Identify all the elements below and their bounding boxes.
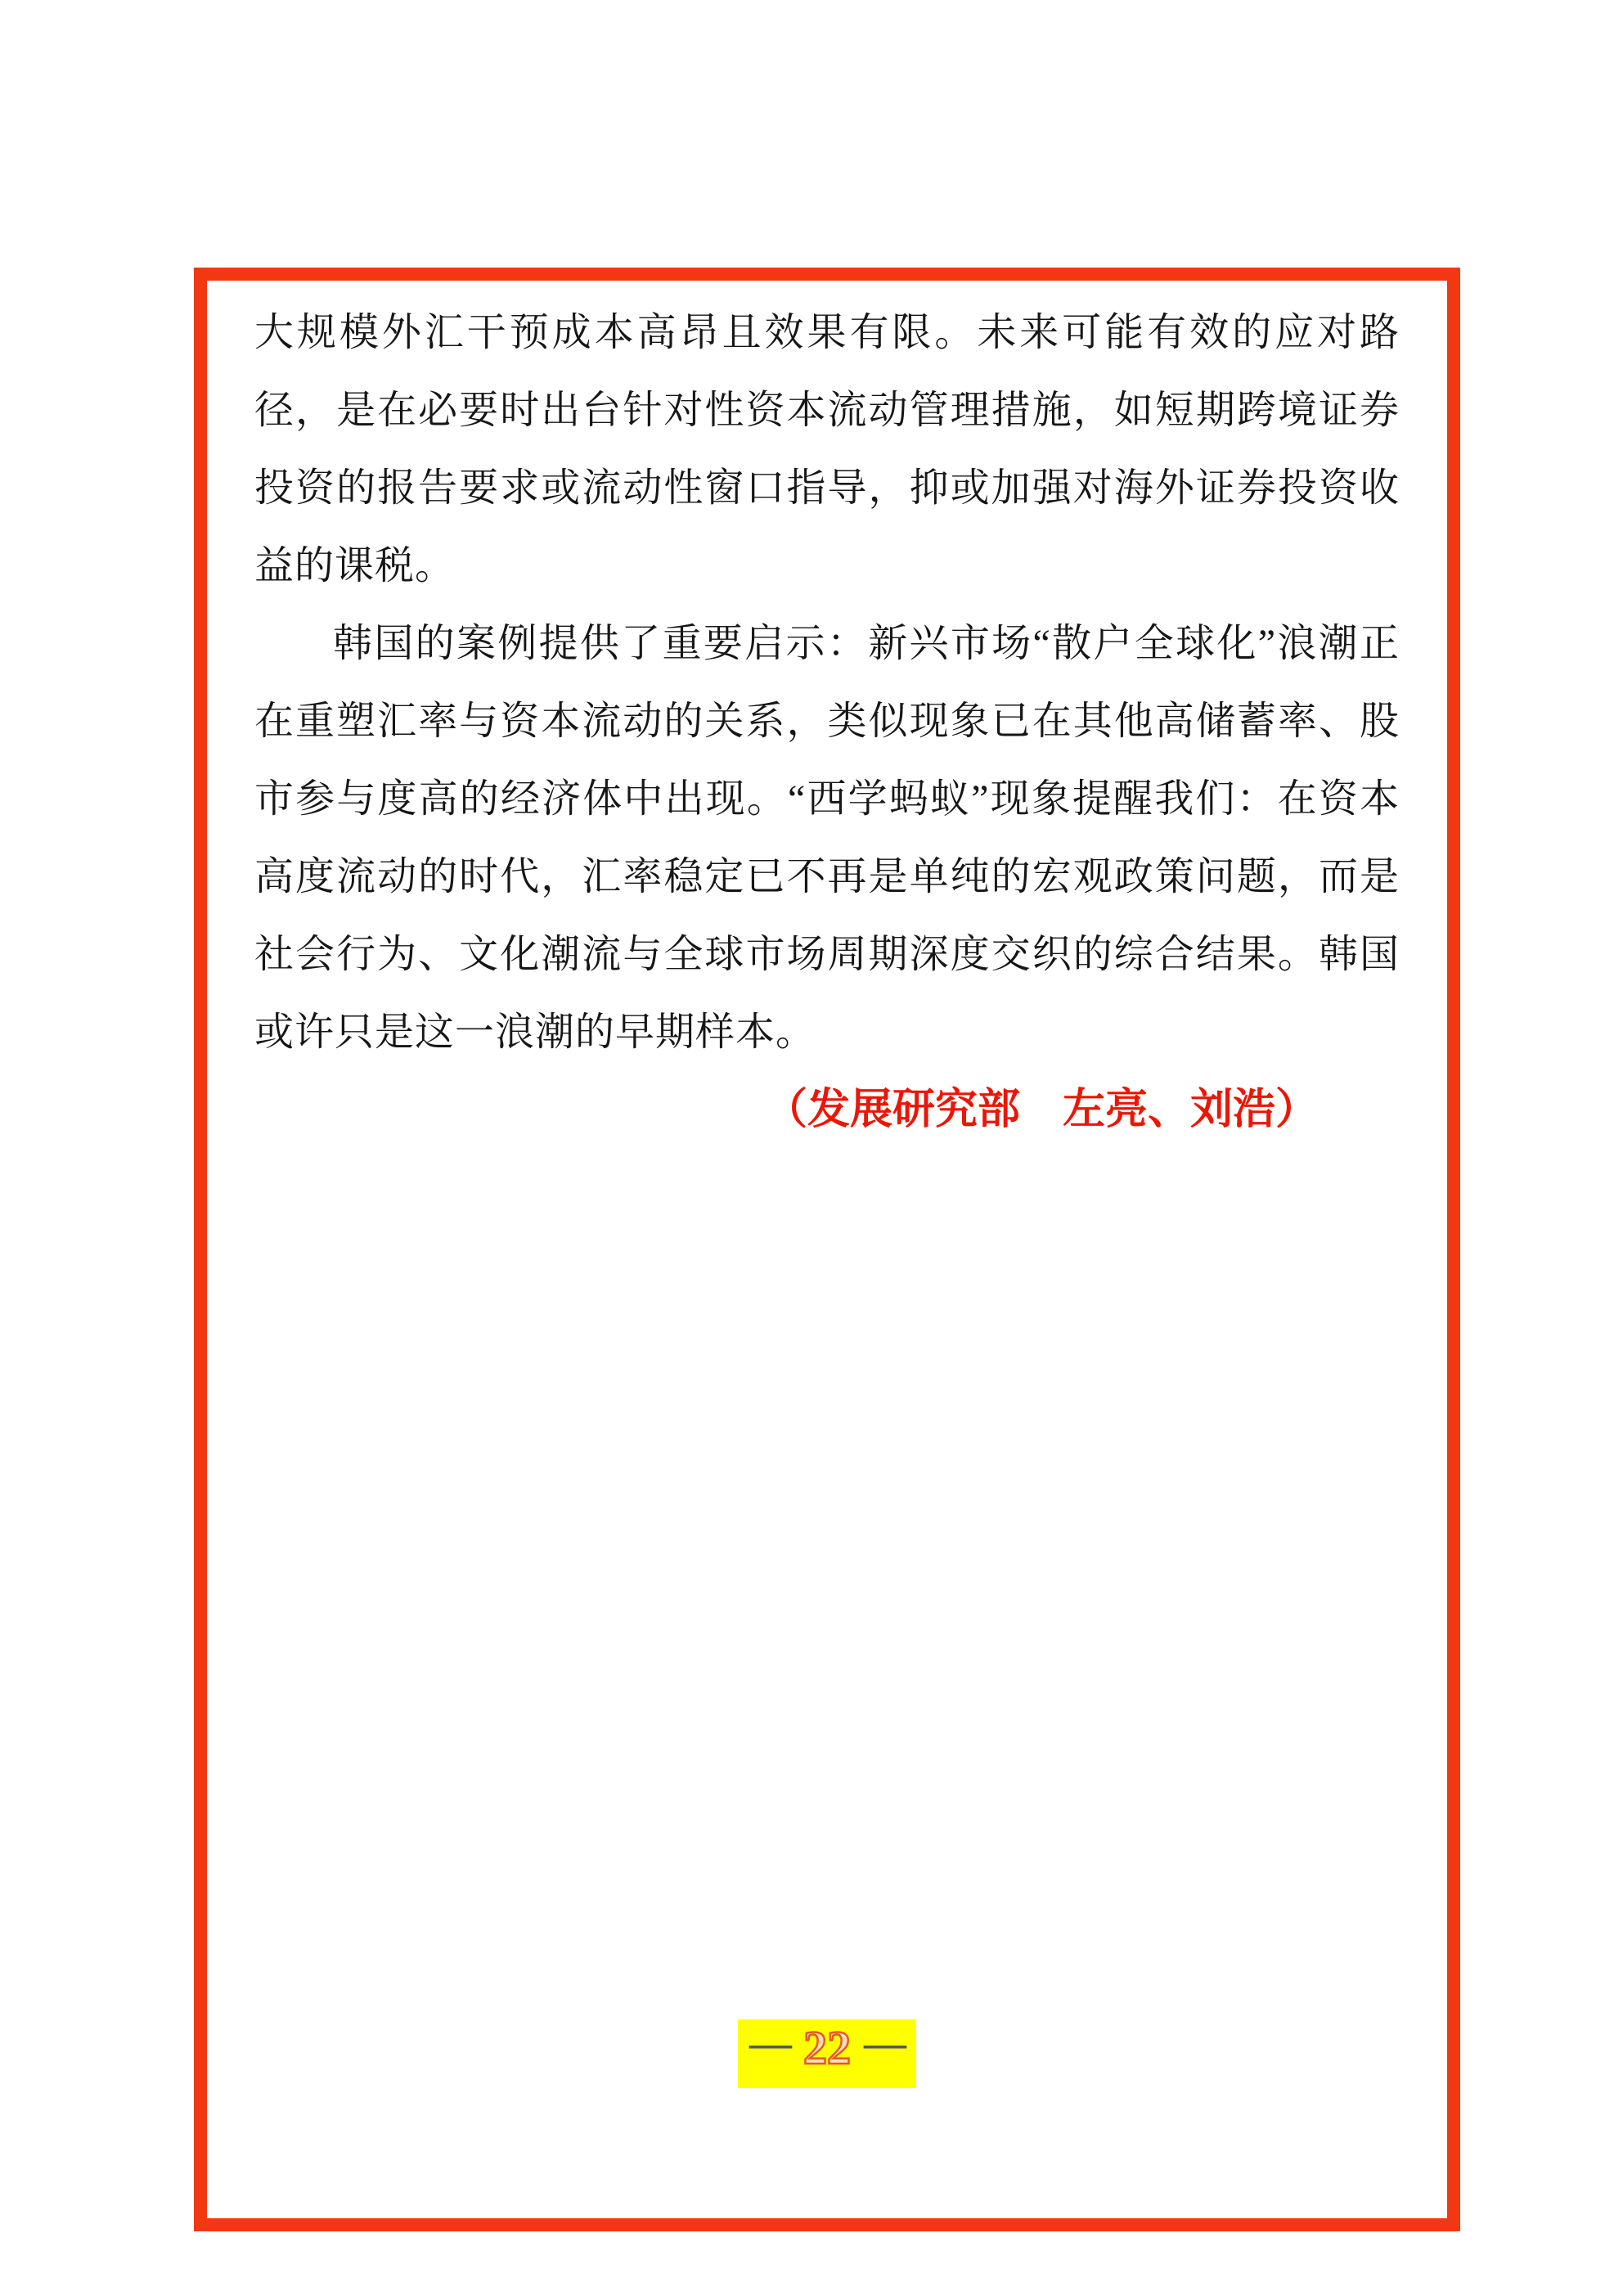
paragraph-korea-lesson: 韩国的案例提供了重要启示：新兴市场“散户全球化”浪潮正在重塑汇率与资本流动的关系… — [254, 605, 1400, 1071]
page-number-left-dash: — — [749, 2020, 790, 2067]
attribution-line: （发展研究部 左亮、刘浩） — [254, 1071, 1400, 1149]
paragraph-policy-response: 大规模外汇干预成本高昂且效果有限。未来可能有效的应对路径，是在必要时出台针对性资… — [254, 294, 1400, 605]
document-content: 大规模外汇干预成本高昂且效果有限。未来可能有效的应对路径，是在必要时出台针对性资… — [207, 281, 1447, 1149]
page-footer: — 22 — — [207, 2019, 1447, 2088]
page-number-highlight: — 22 — — [738, 2019, 916, 2088]
red-border-frame: 大规模外汇干预成本高昂且效果有限。未来可能有效的应对路径，是在必要时出台针对性资… — [194, 268, 1460, 2231]
page-number: 22 — [803, 2025, 851, 2071]
page-number-right-dash: — — [864, 2020, 905, 2067]
